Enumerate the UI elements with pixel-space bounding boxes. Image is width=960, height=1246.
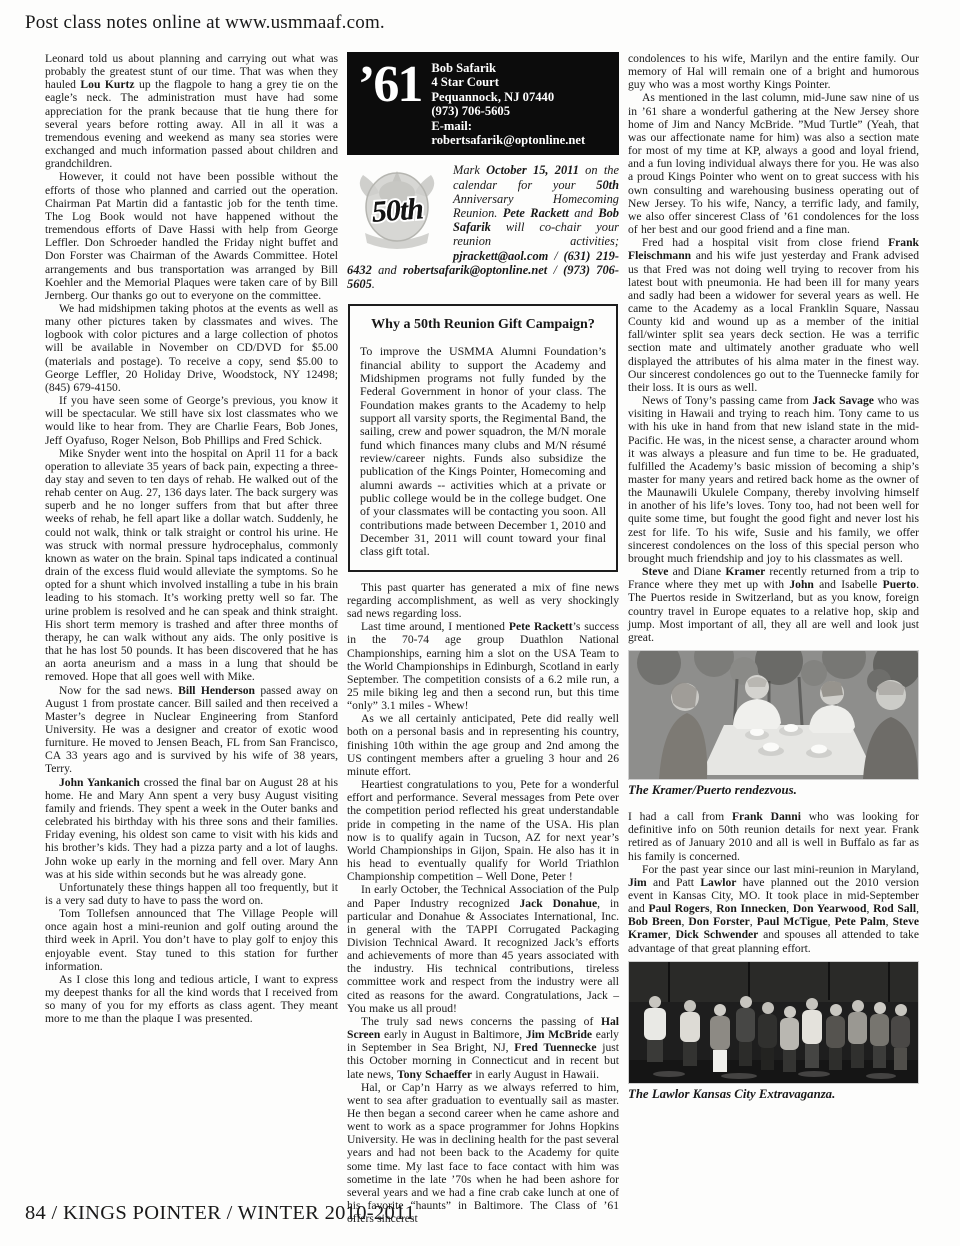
column-3: condolences to his wife, Marilyn and the… [628,52,919,1225]
photo-kramer-puerto [628,650,919,780]
paragraph: Heartiest congratulations to you, Pete f… [347,778,619,883]
paragraph: Last time around, I mentioned Pete Racke… [347,620,619,712]
paragraph: As mentioned in the last column, mid-Jun… [628,91,919,236]
paragraph: As I close this long and tedious article… [45,973,338,1026]
page-header: Post class notes online at www.usmmaaf.c… [25,12,385,34]
paragraph: Unfortunately these things happen all to… [45,881,338,907]
paragraph: I had a call from Frank Danni who was lo… [628,810,919,863]
class-61-contact-box: ’61 Bob Safarik 4 Star Court Pequannock,… [347,52,619,155]
paragraph: Tom Tollefsen announced that The Village… [45,907,338,973]
paragraph: John Yankanich crossed the final bar on … [45,776,338,881]
class-agent-address: Bob Safarik 4 Star Court Pequannock, NJ … [431,59,610,147]
paragraph: In early October, the Technical Associat… [347,883,619,1015]
paragraph: This past quarter has generated a mix of… [347,581,619,620]
column-1: Leonard told us about planning and carry… [45,52,338,1225]
paragraph: However, it could not have been possible… [45,170,338,302]
paragraph: Mike Snyder went into the hospital on Ap… [45,447,338,684]
gift-campaign-body: To improve the USMMA Alumni Foundation’s… [360,345,606,559]
page-footer: 84 / KINGS POINTER / WINTER 2010-2011 [25,1202,415,1225]
class-year-label: ’61 [358,61,421,109]
paragraph: If you have seen some of George’s previo… [45,394,338,447]
paragraph: Leonard told us about planning and carry… [45,52,338,170]
agent-name: Bob Safarik [431,61,610,75]
paragraph: We had midshipmen taking photos at the e… [45,302,338,394]
paragraph: Steve and Diane Kramer recently returned… [628,565,919,644]
agent-phone: (973) 706-5605 [431,104,610,118]
gift-campaign-title: Why a 50th Reunion Gift Campaign? [360,317,606,333]
photo2-caption: The Lawlor Kansas City Extravaganza. [628,1087,919,1102]
gift-campaign-box: Why a 50th Reunion Gift Campaign? To imp… [348,304,618,572]
50th-anniversary-logo-icon: 50th 50th [347,167,449,253]
paragraph: The truly sad news concerns the passing … [347,1015,619,1081]
paragraph: Now for the sad news. Bill Henderson pas… [45,684,338,776]
paragraph: As we all certainly anticipated, Pete di… [347,712,619,778]
paragraph: condolences to his wife, Marilyn and the… [628,52,919,91]
paragraph: Fred had a hospital visit from close fri… [628,236,919,394]
photo-lawlor-kansas-city [628,961,919,1084]
reunion-announcement: 50th 50th Mark October 15, 2011 on the c… [347,163,619,291]
agent-city: Pequannock, NJ 07440 [431,90,610,104]
column-2: ’61 Bob Safarik 4 Star Court Pequannock,… [347,52,619,1225]
agent-email: E-mail: robertsafarik@optonline.net [431,119,610,148]
article-columns: Leonard told us about planning and carry… [45,52,919,1225]
paragraph: News of Tony’s passing came from Jack Sa… [628,394,919,565]
agent-street: 4 Star Court [431,75,610,89]
photo1-caption: The Kramer/Puerto rendezvous. [628,783,919,798]
paragraph: For the past year since our last mini-re… [628,863,919,955]
svg-text:50th: 50th [371,193,425,230]
